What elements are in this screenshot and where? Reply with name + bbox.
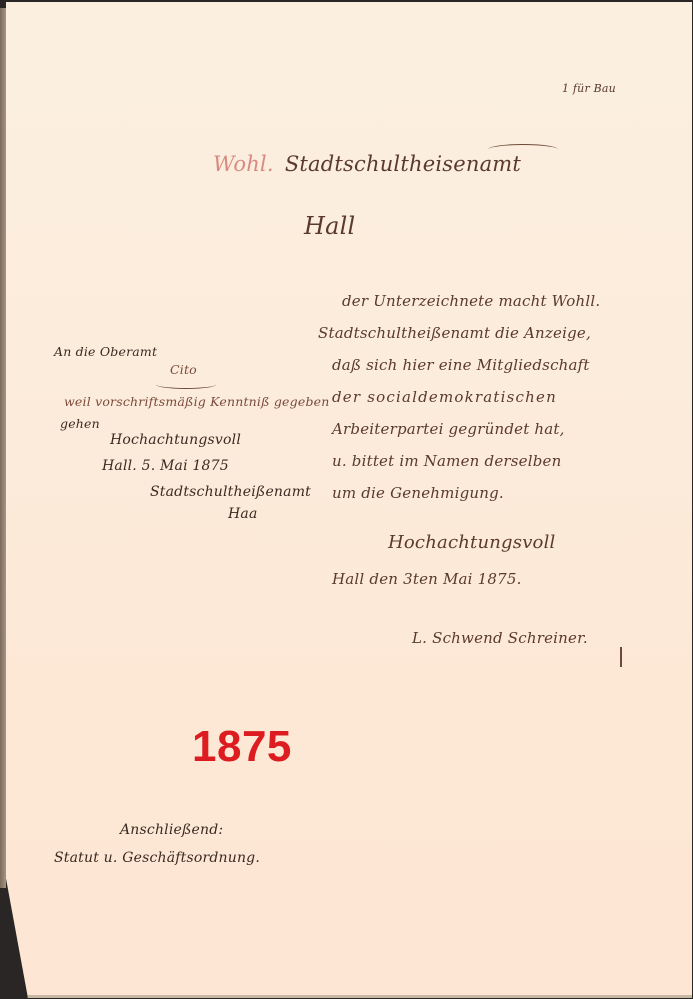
- year-label: 1875: [192, 722, 292, 772]
- letter-line-4: der socialdemokratischen: [332, 388, 557, 406]
- letter-line-7: um die Genehmigung.: [332, 484, 504, 502]
- margin-line-6: Hall. 5. Mai 1875: [102, 458, 229, 474]
- letter-line-6: u. bittet im Namen derselben: [332, 452, 561, 470]
- addressee-line: Wohl. Stadtschultheisenamt: [213, 152, 521, 176]
- document-page: 1 für Bau Wohl. Stadtschultheisenamt Hal…: [6, 2, 692, 998]
- bleed-through-print: [46, 62, 174, 101]
- margin-line-7: Stadtschultheißenamt: [150, 484, 311, 500]
- book-spine: [0, 8, 6, 888]
- letter-line-5: Arbeiterpartei gegründet hat,: [332, 420, 565, 438]
- letter-line-2: Stadtschultheißenamt die Anzeige,: [318, 324, 591, 342]
- letter-closing: Hochachtungsvoll: [388, 532, 556, 553]
- letter-signature: L. Schwend Schreiner.: [412, 629, 588, 647]
- letter-line-1: der Unterzeichnete macht Wohll.: [342, 292, 600, 310]
- margin-line-3: weil vorschriftsmäßig Kenntniß gegeben: [64, 394, 330, 409]
- signature-tick: [620, 647, 622, 667]
- margin-line-4: gehen: [60, 416, 100, 431]
- page-bottom-edge: [26, 995, 693, 998]
- margin-flourish: [156, 380, 216, 389]
- footer-line-1: Anschließend:: [120, 822, 223, 838]
- margin-line-1: An die Oberamt: [54, 344, 157, 359]
- addressee-place: Hall: [304, 212, 355, 240]
- footer-line-2: Statut u. Geschäftsordnung.: [54, 850, 260, 866]
- addressee: Stadtschultheisenamt: [285, 152, 521, 176]
- margin-line-2: Cito: [170, 362, 197, 377]
- top-right-note: 1 für Bau: [562, 82, 616, 95]
- margin-line-8: Haa: [228, 506, 258, 522]
- margin-line-5: Hochachtungsvoll: [110, 432, 241, 448]
- addressee-prefix: Wohl.: [213, 152, 274, 176]
- letter-line-3: daß sich hier eine Mitgliedschaft: [332, 356, 590, 374]
- letter-date: Hall den 3ten Mai 1875.: [332, 570, 522, 588]
